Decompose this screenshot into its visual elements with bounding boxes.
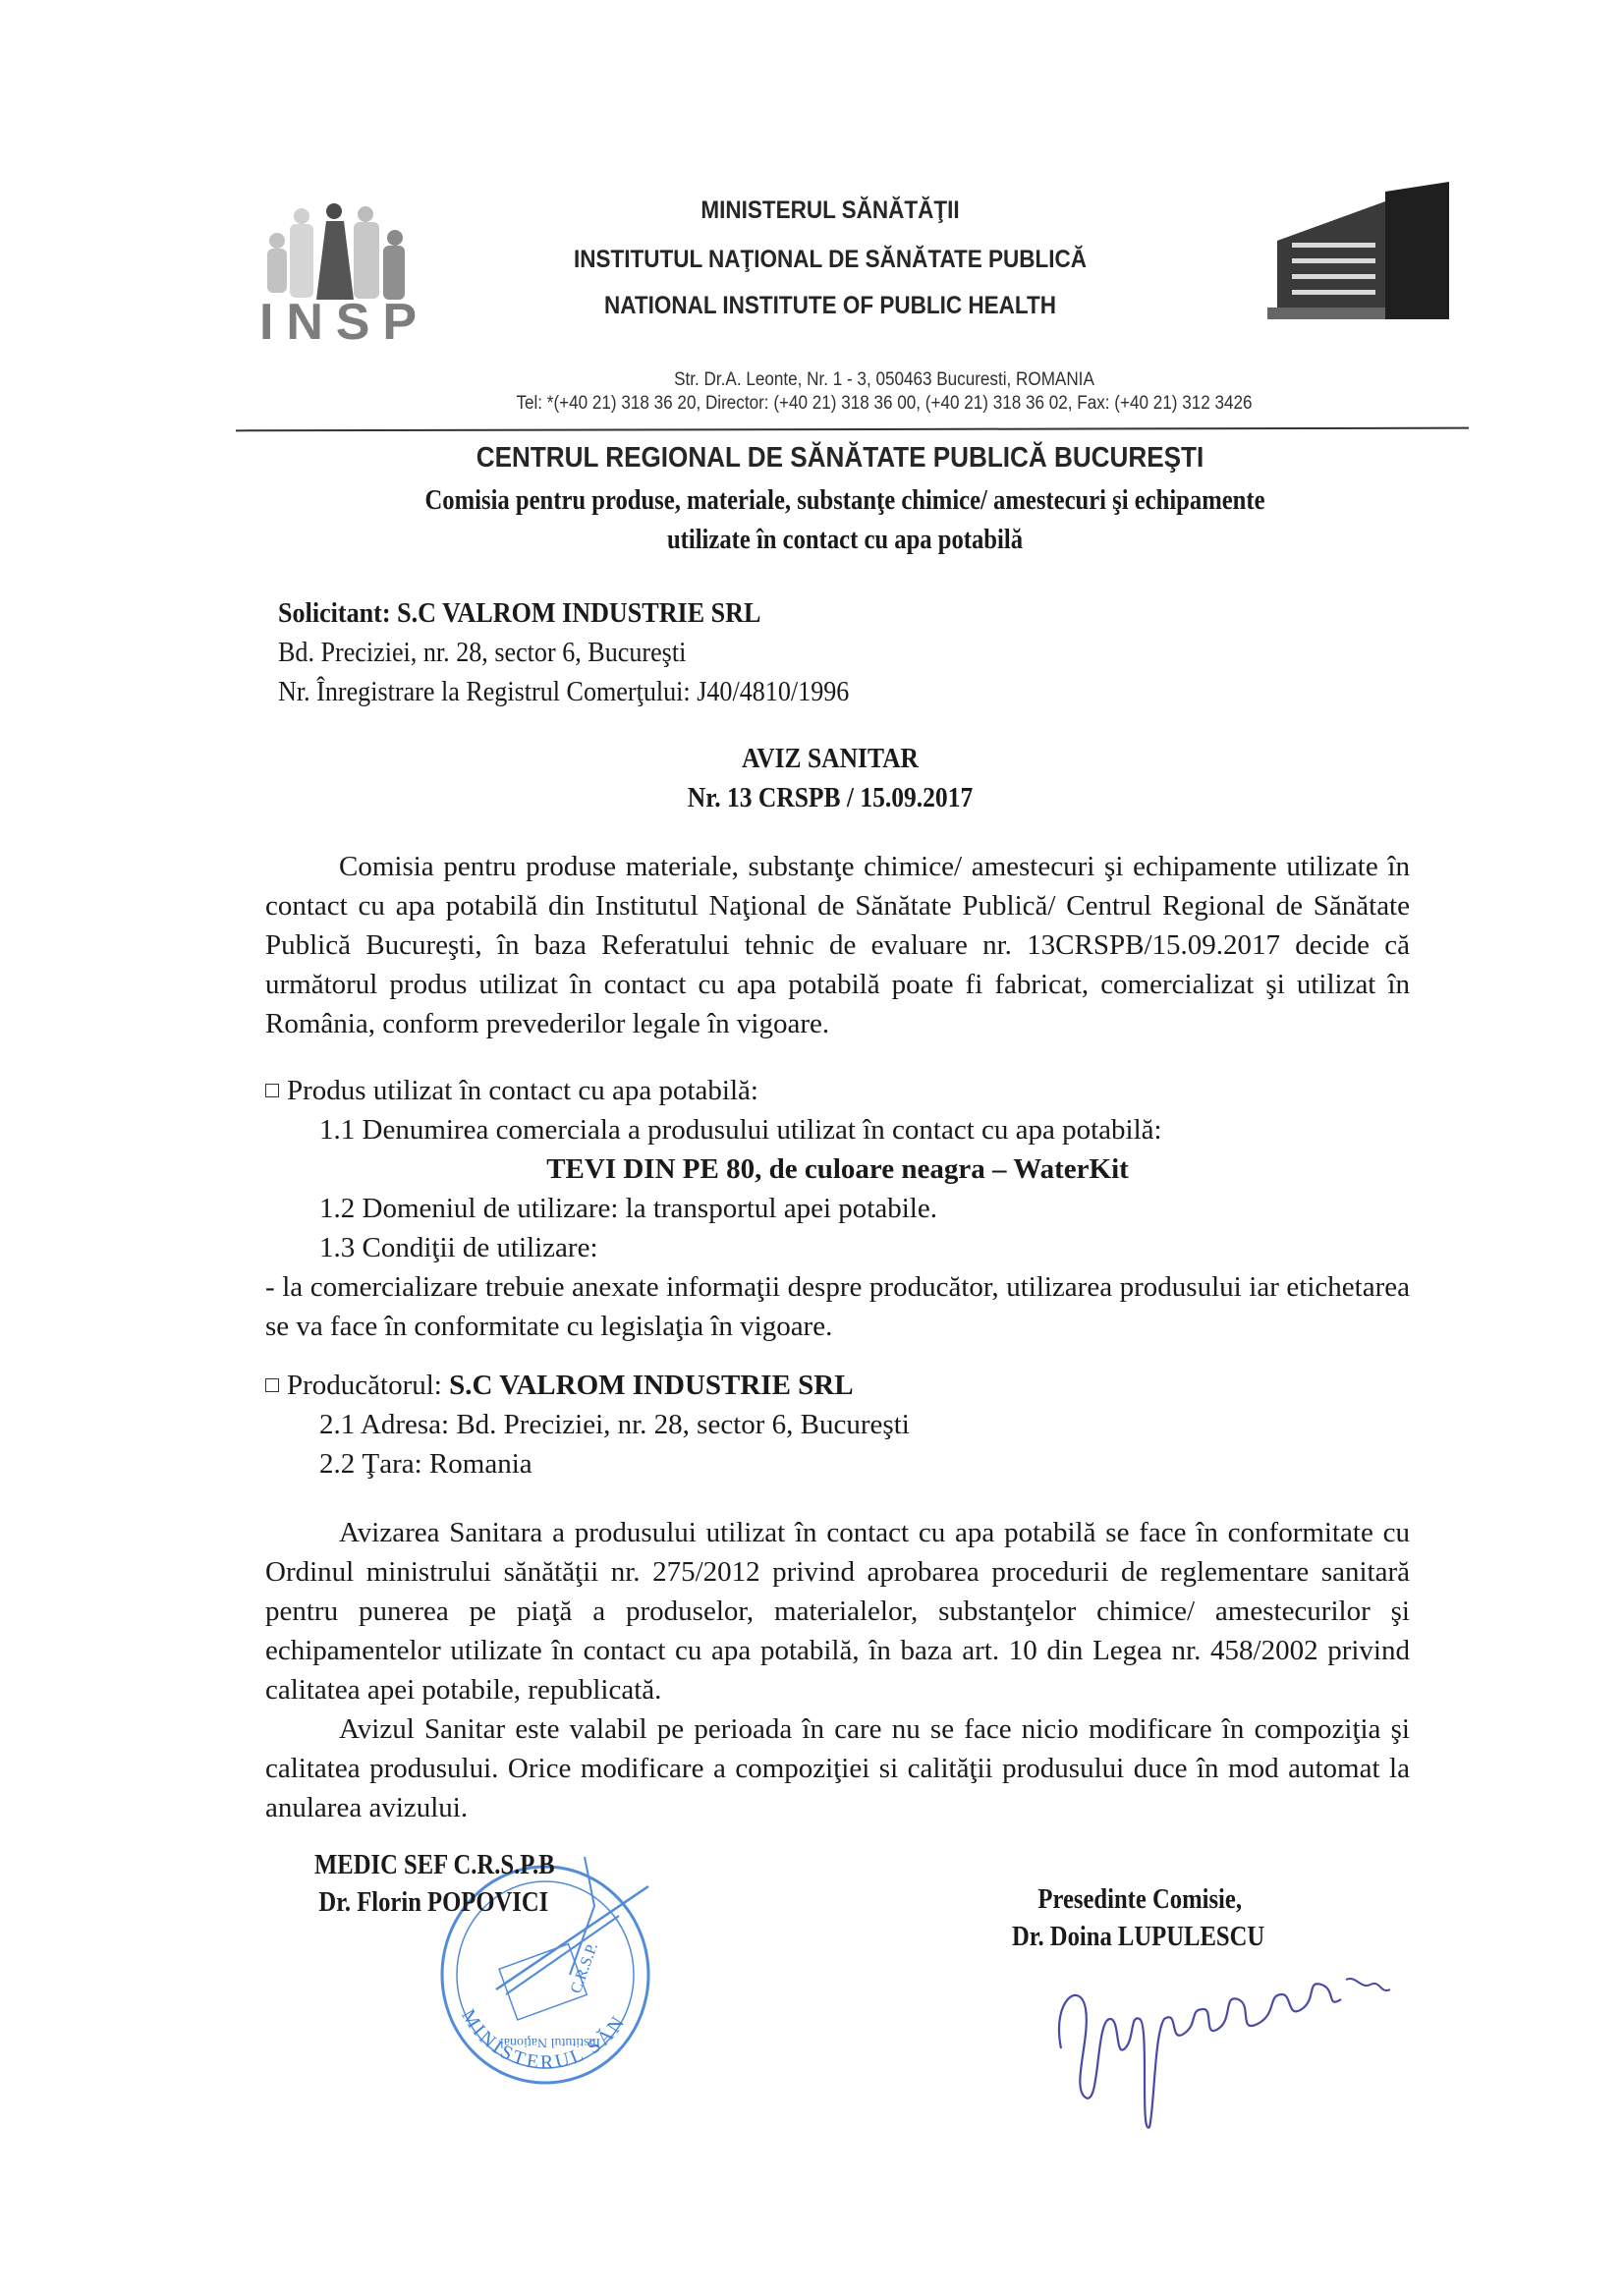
signatory-left: MEDIC SEF C.R.S.P.B Dr. Florin POPOVICI: [314, 1847, 555, 1922]
applicant-address: Bd. Preciziei, nr. 28, sector 6, Bucureş…: [278, 633, 1162, 672]
signatory-left-title: MEDIC SEF C.R.S.P.B: [314, 1847, 555, 1884]
product-section: Produs utilizat în contact cu apa potabi…: [265, 1071, 1410, 1346]
validity-paragraph: Avizul Sanitar este valabil pe perioada …: [265, 1709, 1410, 1827]
institute-address: Str. Dr.A. Leonte, Nr. 1 - 3, 050463 Buc…: [354, 369, 1415, 391]
svg-text:INSP: INSP: [259, 294, 417, 344]
document-title: AVIZ SANITAR Nr. 13 CRSPB / 15.09.2017: [636, 739, 1025, 817]
legal-basis-paragraph: Avizarea Sanitara a produsului utilizat …: [265, 1513, 1410, 1709]
institute-contacts: Tel: *(+40 21) 318 36 20, Director: (+40…: [354, 393, 1415, 415]
institute-heading-en: NATIONAL INSTITUTE OF PUBLIC HEALTH: [508, 292, 1153, 320]
commercial-name-label: 1.1 Denumirea comerciala a produsului ut…: [265, 1110, 1410, 1149]
usage-domain: 1.2 Domeniul de utilizare: la transportu…: [265, 1189, 1410, 1228]
handwritten-signature: [1041, 1940, 1415, 2137]
header-divider: [236, 427, 1469, 432]
product-section-heading: Produs utilizat în contact cu apa potabi…: [287, 1075, 758, 1106]
insp-logo: INSP: [257, 187, 424, 344]
signatory-right-title: Presedinte Comisie,: [1012, 1881, 1264, 1919]
institute-heading-ro: INSTITUTUL NAŢIONAL DE SĂNĂTATE PUBLICĂ: [508, 246, 1153, 274]
producer-section: Producătorul: S.C VALROM INDUSTRIE SRL 2…: [265, 1366, 1410, 1484]
aviz-number: Nr. 13 CRSPB / 15.09.2017: [636, 778, 1025, 817]
commission-title-line-1: Comisia pentru produse, materiale, subst…: [326, 481, 1364, 521]
usage-conditions: - la comercializare trebuie anexate info…: [265, 1267, 1410, 1346]
commission-title: Comisia pentru produse, materiale, subst…: [326, 481, 1364, 560]
svg-text:Institutul Naţional: Institutul Naţional: [500, 2035, 600, 2049]
producer-name: S.C VALROM INDUSTRIE SRL: [449, 1370, 853, 1401]
ministry-heading: MINISTERUL SĂNĂTĂŢII: [508, 196, 1153, 225]
checkbox-icon: [265, 1378, 279, 1392]
producer-country: 2.2 Ţara: Romania: [265, 1444, 1410, 1484]
product-name: TEVI DIN PE 80, de culoare neagra – Wate…: [265, 1149, 1410, 1189]
decision-paragraph: Comisia pentru produse materiale, substa…: [265, 847, 1410, 1043]
usage-conditions-label: 1.3 Condiţii de utilizare:: [265, 1228, 1410, 1267]
signatory-left-name: Dr. Florin POPOVICI: [314, 1884, 555, 1922]
checkbox-icon: [265, 1084, 279, 1097]
producer-label: Producătorul:: [287, 1370, 449, 1401]
building-photo: [1267, 182, 1454, 324]
aviz-title: AVIZ SANITAR: [636, 739, 1025, 778]
applicant-block: Solicitant: S.C VALROM INDUSTRIE SRL Bd.…: [278, 593, 1162, 711]
commission-title-line-2: utilizate în contact cu apa potabilă: [326, 521, 1364, 560]
producer-address: 2.1 Adresa: Bd. Preciziei, nr. 28, secto…: [265, 1405, 1410, 1444]
applicant-name: Solicitant: S.C VALROM INDUSTRIE SRL: [278, 593, 1162, 633]
regional-centre-title: CENTRUL REGIONAL DE SĂNĂTATE PUBLICĂ BUC…: [376, 442, 1305, 475]
applicant-registration: Nr. Înregistrare la Registrul Comerţului…: [278, 672, 1162, 711]
